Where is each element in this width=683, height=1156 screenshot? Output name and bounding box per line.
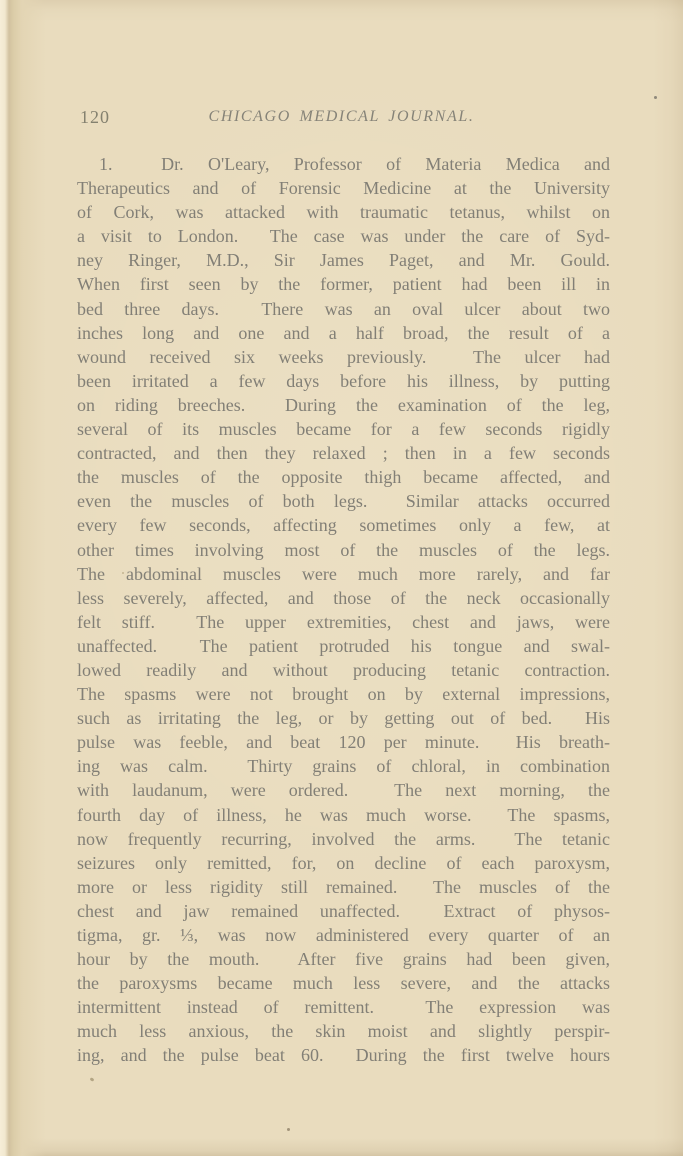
text-line: ing was calm. Thirty grains of chloral, …: [77, 754, 610, 778]
text-line: wound received six weeks previously. The…: [77, 345, 610, 369]
page-header: 120 CHICAGO MEDICAL JOURNAL.: [0, 106, 683, 128]
text-line: lowed readily and without producing teta…: [77, 658, 610, 682]
text-line: ney Ringer, M.D., Sir James Paget, and M…: [77, 248, 610, 272]
article-body: 1. Dr. O'Leary, Professor of Materia Med…: [77, 152, 610, 1068]
text-line: inches long and one and a half broad, th…: [77, 321, 610, 345]
text-line: Therapeutics and of Forensic Medicine at…: [77, 176, 610, 200]
text-line: the paroxysms became much less severe, a…: [77, 971, 610, 995]
text-line: contracted, and then they relaxed ; then…: [77, 441, 610, 465]
text-line: less severely, affected, and those of th…: [77, 586, 610, 610]
text-line: on riding breeches. During the examinati…: [77, 393, 610, 417]
text-line: a visit to London. The case was under th…: [77, 224, 610, 248]
text-line: intermittent instead of remittent. The e…: [77, 995, 610, 1019]
page-binding-shadow: [0, 0, 48, 1156]
text-line: felt stiff. The upper extremities, chest…: [77, 610, 610, 634]
text-line: every few seconds, affecting sometimes o…: [77, 513, 610, 537]
text-line: even the muscles of both legs. Similar a…: [77, 489, 610, 513]
text-line: now frequently recurring, involved the a…: [77, 827, 610, 851]
text-line: pulse was feeble, and beat 120 per minut…: [77, 730, 610, 754]
journal-title: CHICAGO MEDICAL JOURNAL.: [0, 108, 683, 126]
text-line: 1. Dr. O'Leary, Professor of Materia Med…: [77, 152, 610, 176]
text-line: such as irritating the leg, or by gettin…: [77, 706, 610, 730]
text-line: the muscles of the opposite thigh became…: [77, 465, 610, 489]
text-line: with laudanum, were ordered. The next mo…: [77, 778, 610, 802]
text-line: several of its muscles became for a few …: [77, 417, 610, 441]
text-line: of Cork, was attacked with traumatic tet…: [77, 200, 610, 224]
text-line: unaffected. The patient protruded his to…: [77, 634, 610, 658]
text-line: When first seen by the former, patient h…: [77, 272, 610, 296]
text-line: The abdominal muscles were much more rar…: [77, 562, 610, 586]
paper-speck: [90, 1077, 95, 1082]
paper-speck: [654, 96, 657, 99]
text-line: more or less rigidity still remained. Th…: [77, 875, 610, 899]
text-line: seizures only remitted, for, on decline …: [77, 851, 610, 875]
text-line: fourth day of illness, he was much worse…: [77, 803, 610, 827]
text-line: The spasms were not brought on by extern…: [77, 682, 610, 706]
scanned-page: 120 CHICAGO MEDICAL JOURNAL. 1. Dr. O'Le…: [0, 0, 683, 1156]
text-line: bed three days. There was an oval ulcer …: [77, 297, 610, 321]
text-line: ing, and the pulse beat 60. During the f…: [77, 1043, 610, 1067]
paper-speck: [287, 1128, 290, 1131]
text-line: much less anxious, the skin moist and sl…: [77, 1019, 610, 1043]
text-line: chest and jaw remained unaffected. Extra…: [77, 899, 610, 923]
text-line: hour by the mouth. After five grains had…: [77, 947, 610, 971]
text-line: tigma, gr. ⅓, was now administered every…: [77, 923, 610, 947]
text-line: other times involving most of the muscle…: [77, 538, 610, 562]
text-line: been irritated a few days before his ill…: [77, 369, 610, 393]
